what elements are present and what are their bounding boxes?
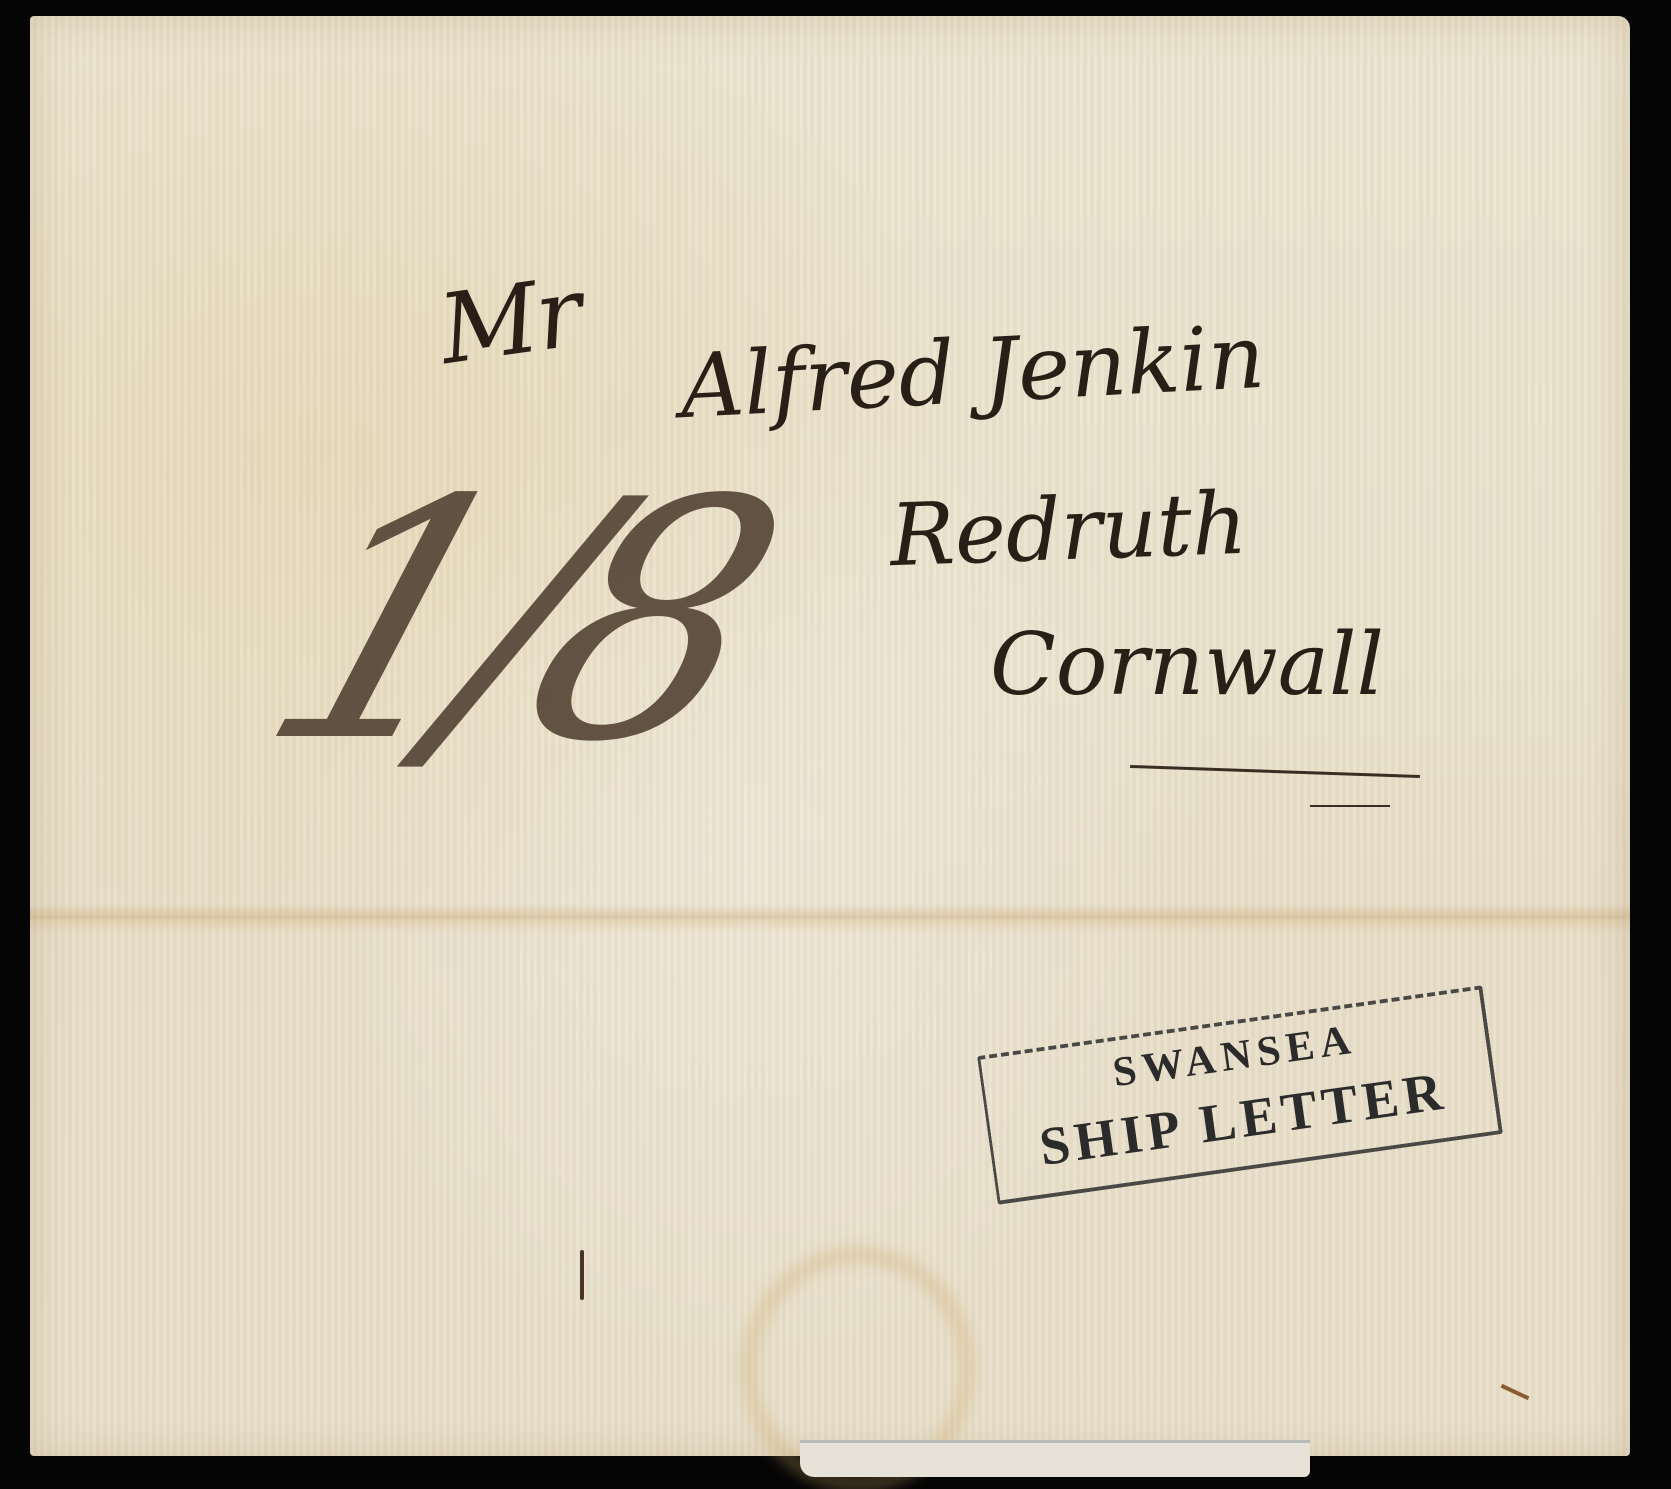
address-county: Cornwall bbox=[990, 615, 1384, 715]
ink-stroke-mark bbox=[580, 1250, 584, 1300]
address-town: Redruth bbox=[888, 474, 1248, 586]
address-salutation: Mr bbox=[433, 256, 587, 386]
fold-crease bbox=[30, 904, 1630, 934]
address-flourish-underline bbox=[1310, 805, 1390, 807]
torn-flap-edge bbox=[800, 1440, 1310, 1477]
